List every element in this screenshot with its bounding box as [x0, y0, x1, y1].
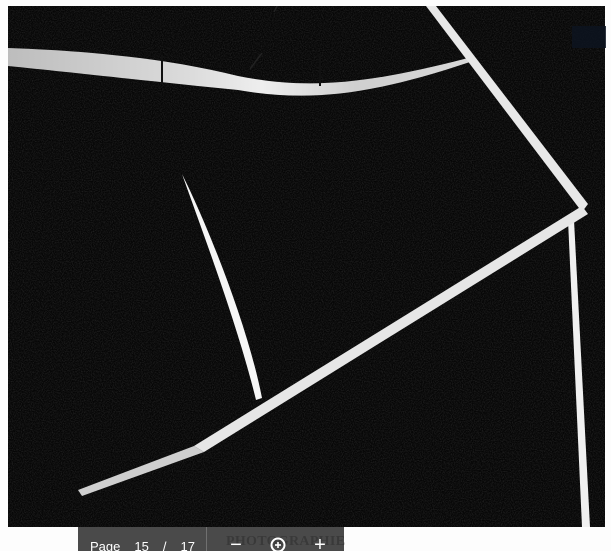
- zoom-in-button[interactable]: +: [309, 534, 331, 551]
- page-label: Page: [90, 539, 120, 551]
- page-indicator: Page 15 / 17: [78, 527, 206, 551]
- document-page: PHOTOGRAPHIE: [0, 0, 611, 551]
- total-pages: 17: [180, 539, 194, 551]
- zoom-out-button[interactable]: −: [225, 534, 247, 551]
- zoom-controls: − +: [207, 527, 331, 551]
- pdf-viewer: PHOTOGRAPHIE Page 15 / 17 − +: [0, 0, 611, 551]
- page-photograph: [8, 6, 605, 527]
- zoom-fit-icon: [269, 536, 287, 551]
- sidebar-toggle-button[interactable]: [572, 26, 606, 48]
- photograph-illustration: [8, 6, 605, 527]
- page-separator: /: [163, 539, 167, 551]
- plus-icon: +: [314, 535, 326, 551]
- minus-icon: −: [230, 535, 242, 551]
- fit-to-page-button[interactable]: [267, 534, 289, 551]
- page-toolbar: Page 15 / 17 − +: [78, 527, 344, 551]
- current-page-input[interactable]: 15: [134, 539, 148, 551]
